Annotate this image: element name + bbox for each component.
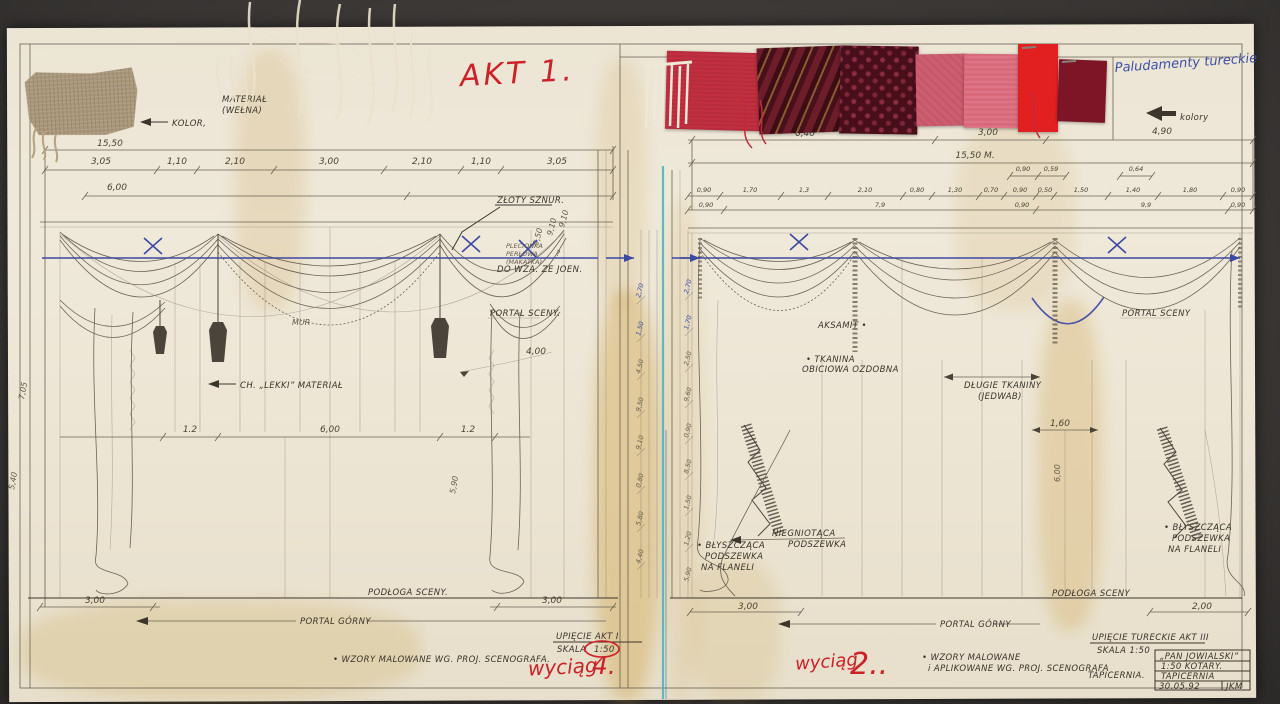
threads-overlay: [0, 0, 1280, 704]
white-fringe-piece: [644, 62, 692, 130]
fringe-threads: [217, 0, 432, 124]
wool-fringe: [32, 128, 57, 162]
staple-mark: [1062, 61, 1076, 62]
staple-mark: [1022, 47, 1036, 48]
red-thread-wisps: [742, 92, 1040, 148]
scanned-drawing-photo: 15,50 3,05 1,10 2,10 3,00 2,10 1,10 3,05…: [0, 0, 1280, 704]
